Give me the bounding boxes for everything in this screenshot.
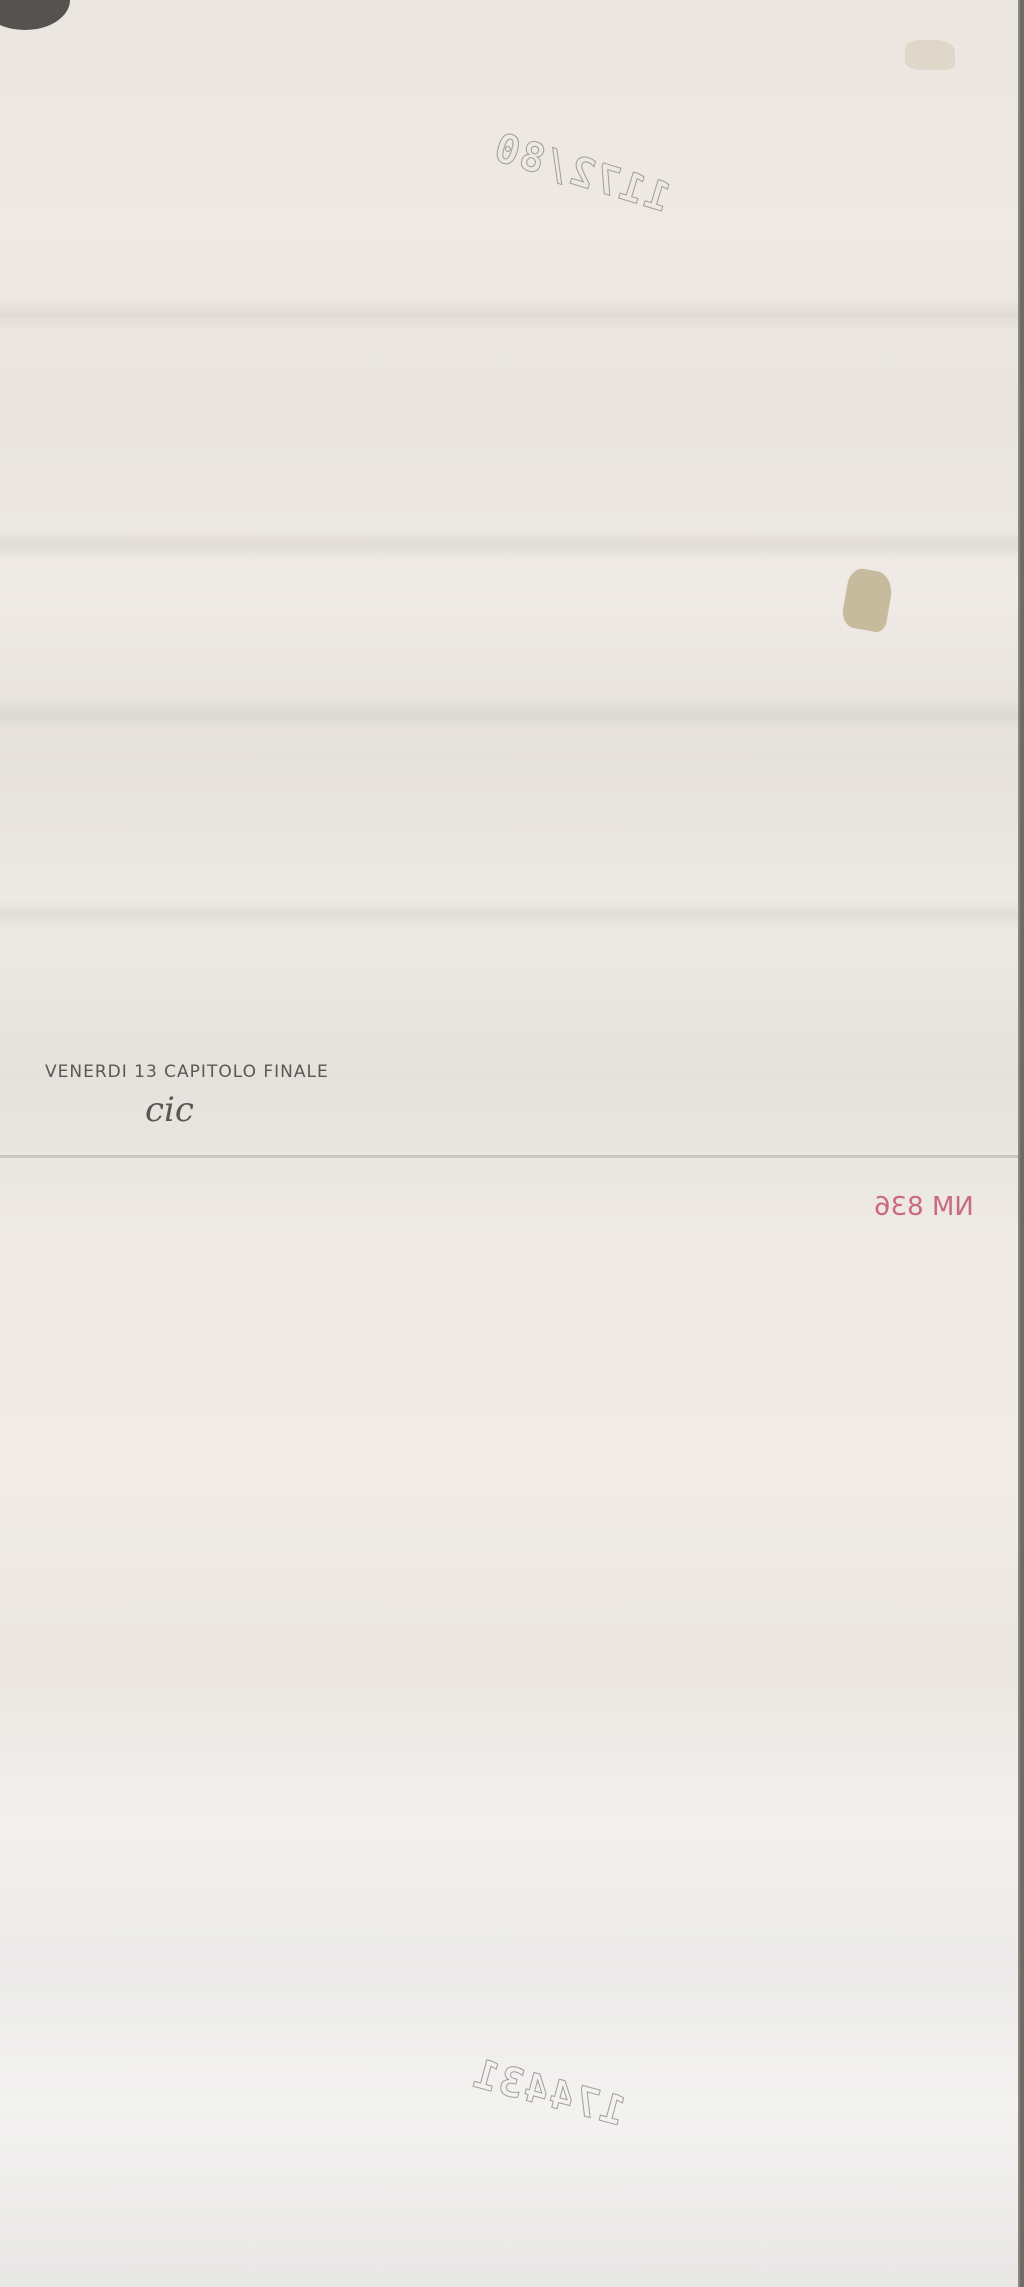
paper-crease bbox=[0, 700, 1018, 730]
handwritten-title: VENERDI 13 CAPITOLO FINALE bbox=[45, 1062, 329, 1082]
stain-mark bbox=[905, 40, 955, 70]
perforation-stamp-bottom: 174431 bbox=[467, 2051, 630, 2136]
paper-crease bbox=[0, 900, 1018, 930]
red-reference-code: NM 836 bbox=[874, 1192, 974, 1222]
poster-back-paper: 1172/80 VENERDI 13 CAPITOLO FINALE CIC N… bbox=[0, 0, 1020, 2287]
handwritten-initials: CIC bbox=[145, 1090, 194, 1130]
tape-stain bbox=[840, 567, 895, 634]
center-fold bbox=[0, 1155, 1018, 1158]
perforation-stamp-top: 1172/80 bbox=[487, 124, 675, 221]
paper-crease bbox=[0, 530, 1018, 560]
paper-crease bbox=[0, 300, 1018, 330]
dark-corner-mark bbox=[0, 0, 70, 30]
